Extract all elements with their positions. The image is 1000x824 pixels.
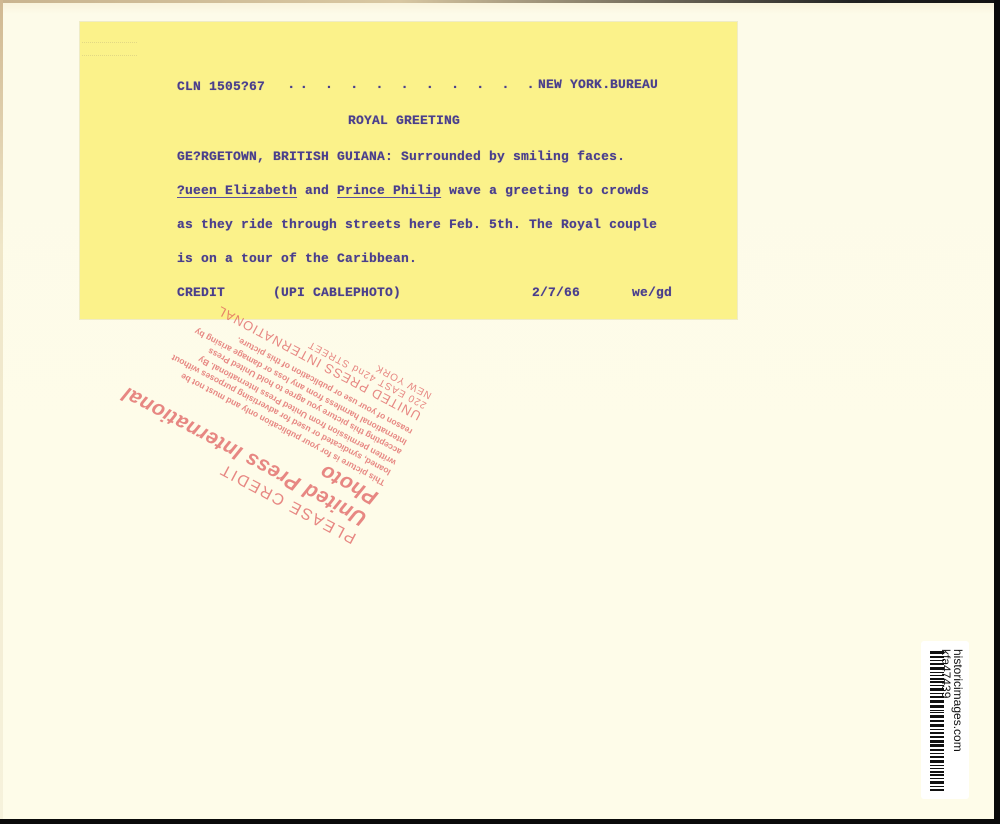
name-queen-elizabeth: ?ueen Elizabeth	[177, 183, 297, 198]
date: 2/7/66	[532, 285, 580, 300]
ref-number: CLN 1505?67	[177, 79, 265, 94]
credit-source: (UPI CABLEPHOTO)	[273, 285, 401, 300]
credit-label: CREDIT	[177, 285, 225, 300]
caption-line-3: as they ride through streets here Feb. 5…	[177, 217, 657, 232]
bureau: NEW YORK BUREAU	[538, 77, 658, 92]
name-prince-philip: Prince Philip	[337, 183, 441, 198]
caption-line-4: is on a tour of the Caribbean.	[177, 251, 417, 266]
caption-text: as they ride through streets here Feb. 5…	[177, 217, 657, 232]
caption-text: wave a greeting to crowds	[441, 183, 649, 198]
caption-slip: CLN 1505?67 .. . . . . . . . . . . . . .…	[80, 22, 737, 319]
barcode-item-id: kfa47439	[939, 649, 953, 698]
headline: ROYAL GREETING	[348, 113, 460, 128]
caption-line-2: ?ueen Elizabeth and Prince Philip wave a…	[177, 183, 649, 198]
barcode-label: historicimages.com kfa47439	[921, 641, 969, 799]
edge-top	[0, 0, 1000, 3]
barcode-site: historicimages.com	[951, 649, 965, 752]
faint-lines	[82, 42, 137, 56]
initials: we/gd	[632, 285, 672, 300]
caption-text: GE?RGETOWN, BRITISH GUIANA: Surrounded b…	[177, 149, 625, 164]
edge-left	[0, 0, 3, 824]
caption-text: is on a tour of the Caribbean.	[177, 251, 417, 266]
caption-line-1: GE?RGETOWN, BRITISH GUIANA: Surrounded b…	[177, 149, 625, 164]
caption-text: and	[297, 183, 337, 198]
edge-bottom	[0, 819, 1000, 824]
edge-right	[994, 0, 1000, 824]
